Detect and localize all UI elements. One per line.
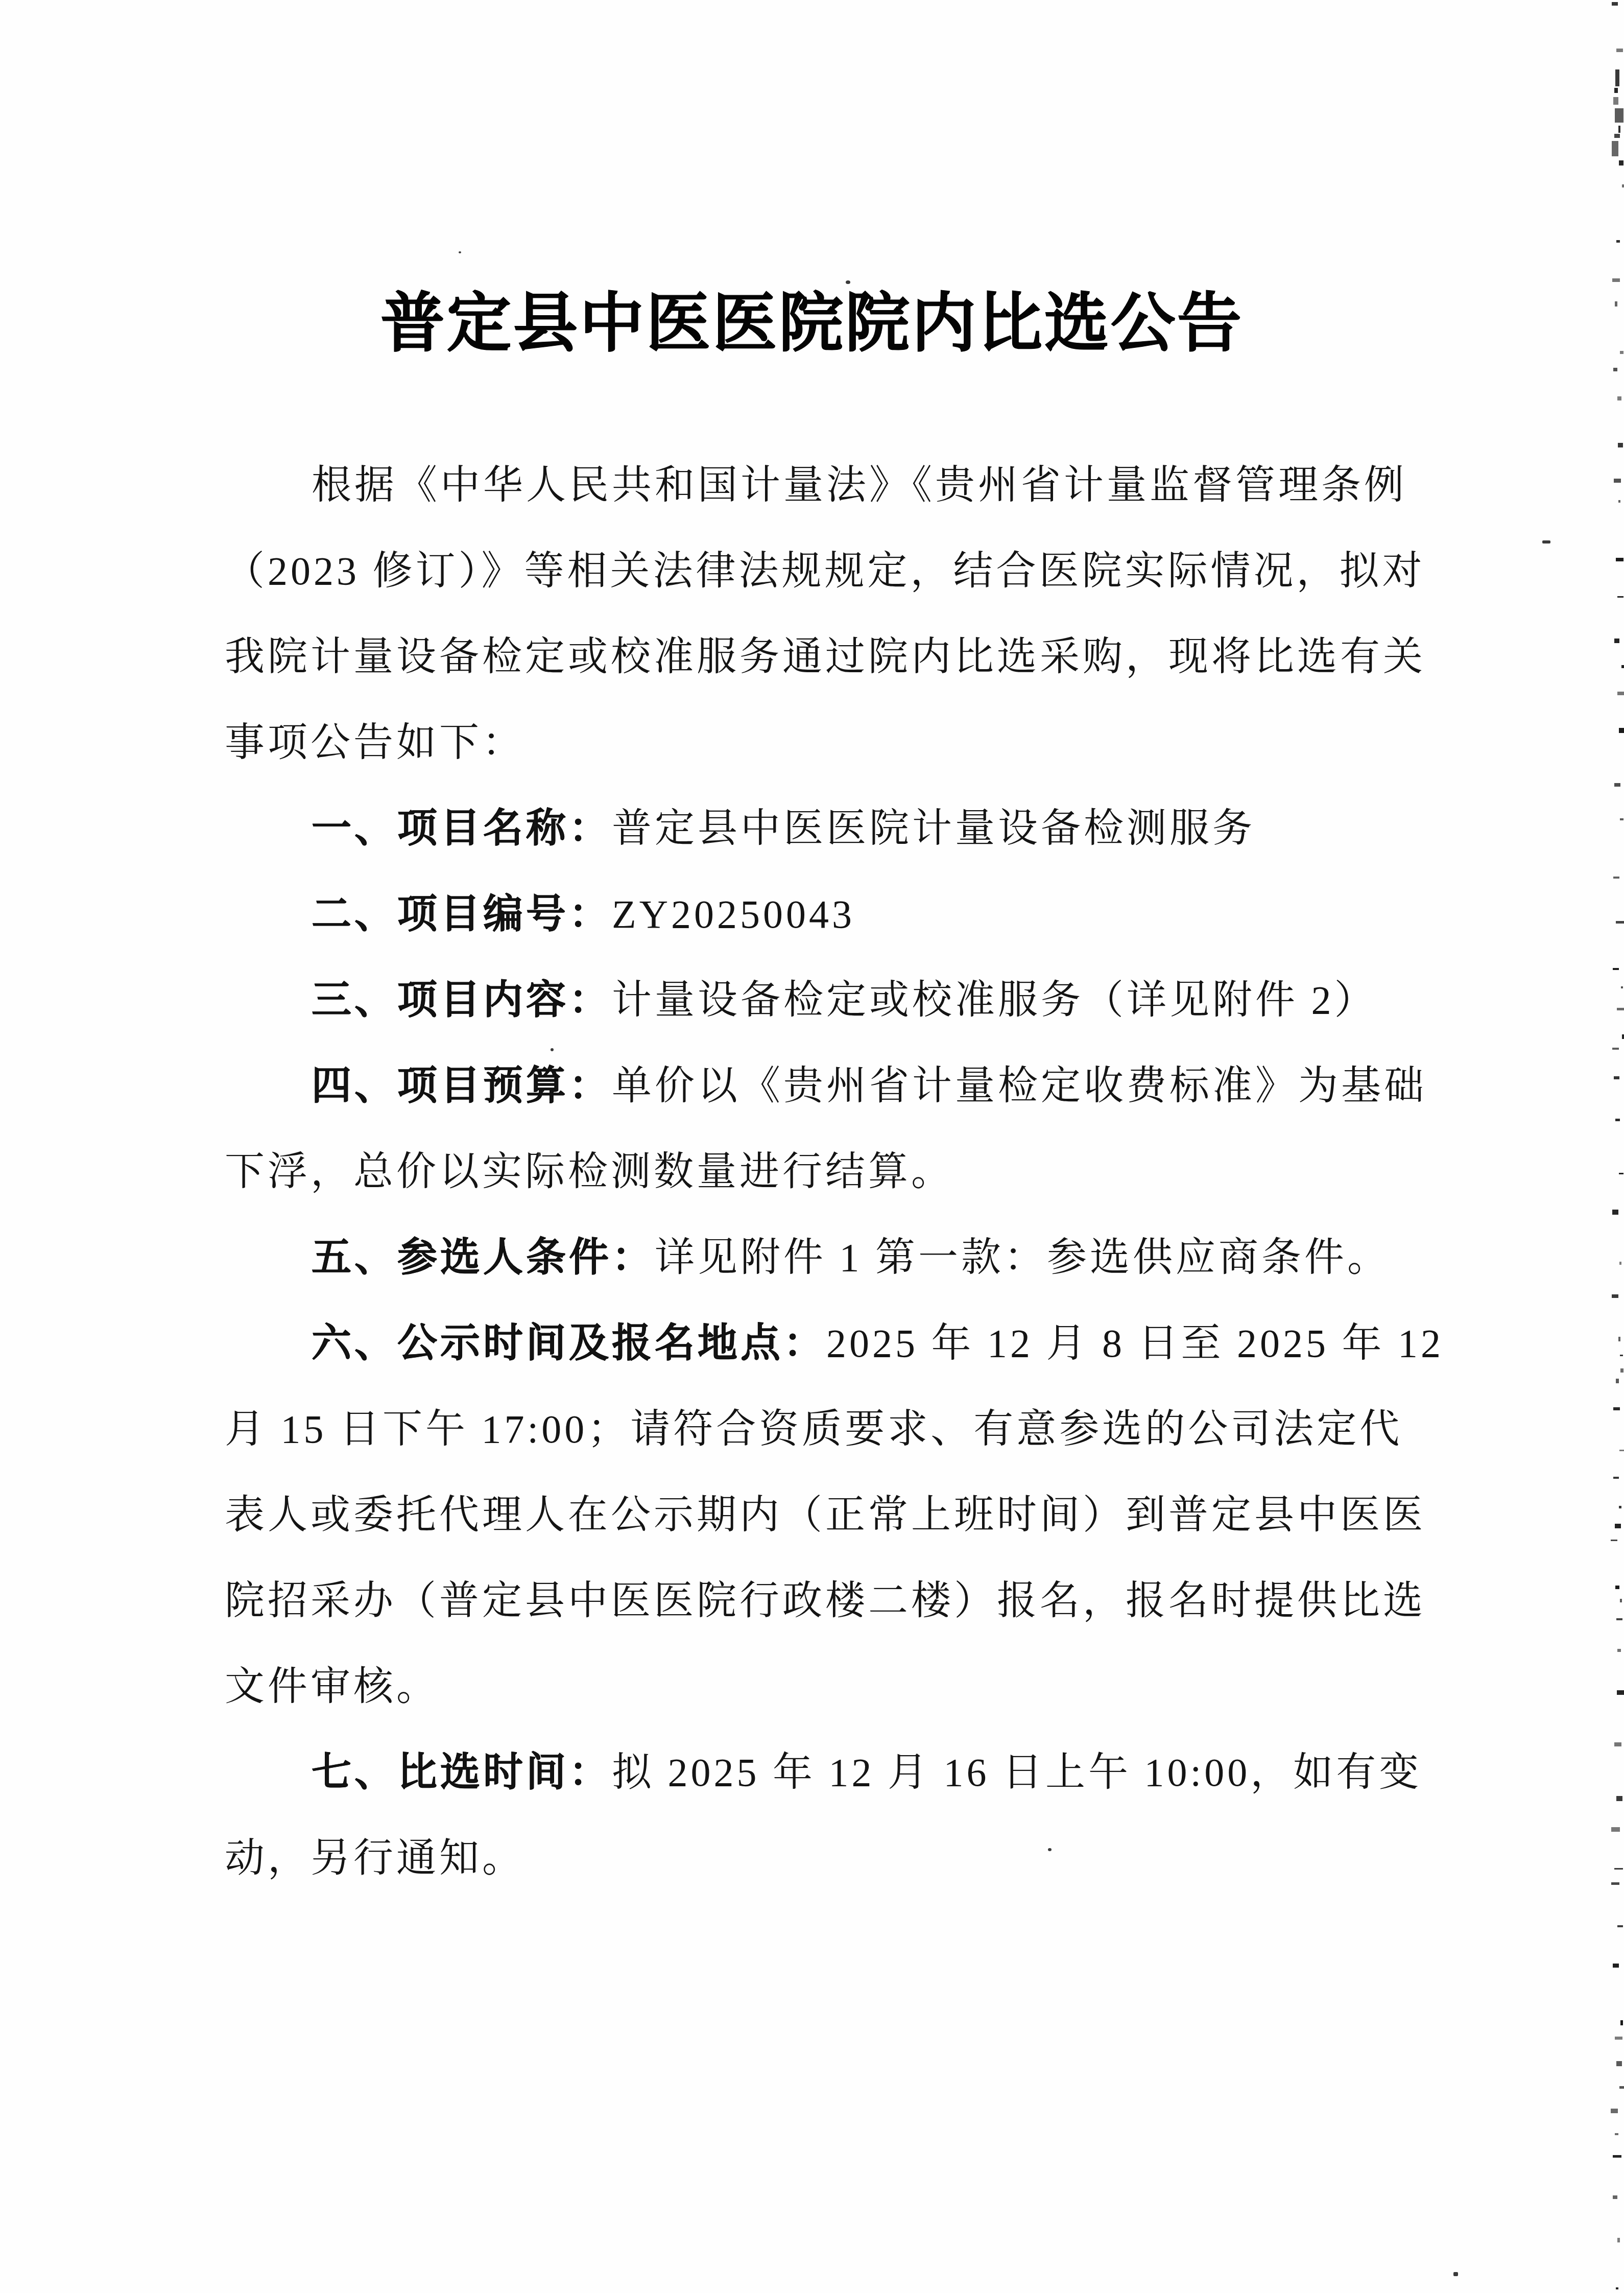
edge-mark — [1614, 479, 1621, 483]
edge-mark — [1613, 368, 1617, 371]
document-title: 普定县中医医院院内比选公告 — [0, 276, 1624, 373]
edge-mark — [1614, 1868, 1623, 1870]
edge-mark — [1617, 692, 1624, 695]
text-line: 表人或委托代理人在公示期内（正常上班时间）到普定县中医医 — [225, 1472, 1440, 1558]
scan-speck — [538, 1152, 541, 1156]
text-segment: 二、项目编号： — [312, 892, 612, 936]
text-line: 院招采办（普定县中医医院行政楼二楼）报名，报名时提供比选 — [225, 1558, 1440, 1644]
text-line: 月 15 日下午 17:00；请符合资质要求、有意参选的公司法定代 — [225, 1386, 1440, 1472]
text-line: 我院计量设备检定或校准服务通过院内比选采购，现将比选有关 — [225, 614, 1440, 700]
edge-mark — [1620, 1368, 1623, 1373]
edge-mark — [1611, 1540, 1617, 1541]
text-segment: 七、比选时间： — [312, 1750, 612, 1794]
text-segment: 表人或委托代理人在公示期内（正常上班时间）到普定县中医医 — [225, 1493, 1426, 1537]
edge-mark — [1614, 1076, 1619, 1079]
text-segment: 动，另行通知。 — [225, 1836, 525, 1880]
edge-mark — [1620, 818, 1623, 820]
scan-speck — [846, 280, 850, 284]
text-segment: 四、项目预算： — [312, 1063, 612, 1108]
edge-mark — [1616, 1379, 1619, 1383]
text-segment: 单价以《贵州省计量检定收费标准》为基础 — [612, 1063, 1427, 1108]
text-segment: 详见附件 1 第一款：参选供应商条件。 — [655, 1235, 1390, 1280]
edge-mark — [1616, 2287, 1618, 2289]
scanned-page: 普定县中医医院院内比选公告 根据《中华人民共和国计量法》《贵州省计量监督管理条例… — [0, 0, 1624, 2293]
edge-mark — [1616, 49, 1623, 52]
edge-mark — [1619, 2086, 1624, 2089]
edge-mark — [1613, 1964, 1619, 1968]
text-segment: ZY20250043 — [612, 892, 855, 936]
edge-mark — [1615, 301, 1617, 306]
edge-mark — [1613, 97, 1618, 105]
edge-mark — [1619, 1450, 1624, 1451]
edge-mark — [1620, 1599, 1622, 1602]
edge-mark — [1619, 1262, 1621, 1265]
edge-mark — [1615, 69, 1619, 86]
text-line: 六、公示时间及报名地点：2025 年 12 月 8 日至 2025 年 12 — [225, 1301, 1440, 1386]
edge-mark — [1616, 240, 1620, 243]
text-segment: 一、项目名称： — [312, 806, 612, 850]
text-segment: （2023 修订）》等相关法律法规规定，结合医院实际情况，拟对 — [225, 549, 1425, 593]
edge-mark — [1613, 968, 1619, 970]
text-segment: 月 15 日下午 17:00；请符合资质要求、有意参选的公司法定代 — [225, 1407, 1402, 1451]
edge-mark — [1614, 639, 1619, 643]
text-line: 七、比选时间：拟 2025 年 12 月 16 日上午 10:00，如有变 — [225, 1730, 1440, 1815]
edge-mark — [1617, 1649, 1621, 1652]
edge-mark — [1613, 1407, 1620, 1410]
edge-mark — [1614, 1742, 1621, 1746]
edge-mark — [1617, 596, 1623, 598]
edge-mark — [1617, 396, 1621, 400]
text-segment: 事项公告如下： — [225, 720, 525, 765]
scan-speck — [1048, 1848, 1052, 1851]
text-segment: 下浮，总价以实际检测数量进行结算。 — [225, 1149, 954, 1194]
edge-mark — [1620, 2020, 1623, 2025]
text-segment: 六、公示时间及报名地点： — [312, 1321, 826, 1365]
edge-mark — [1616, 558, 1623, 561]
edge-mark — [1615, 1119, 1620, 1121]
edge-mark — [1621, 665, 1624, 668]
text-segment: 五、参选人条件： — [312, 1235, 655, 1280]
edge-mark — [1611, 1827, 1620, 1832]
edge-mark — [1612, 1048, 1619, 1050]
text-segment: 三、项目内容： — [312, 978, 612, 1022]
text-segment: 文件审核。 — [225, 1664, 439, 1709]
edge-mark — [1616, 1618, 1622, 1620]
edge-mark — [1612, 2, 1618, 6]
edge-mark — [1619, 1506, 1621, 1508]
text-line: 动，另行通知。 — [225, 1815, 1440, 1901]
text-segment: 计量设备检定或校准服务（详见附件 2） — [612, 978, 1377, 1022]
edge-mark — [1619, 160, 1623, 166]
text-line: 四、项目预算：单价以《贵州省计量检定收费标准》为基础 — [225, 1043, 1440, 1129]
edge-mark — [1614, 88, 1618, 93]
scan-speck — [1542, 540, 1550, 543]
edge-mark — [1616, 1796, 1622, 1801]
scan-speck — [551, 1048, 554, 1051]
scan-speck — [1453, 2272, 1458, 2276]
text-line: 文件审核。 — [225, 1644, 1440, 1730]
text-segment: 我院计量设备检定或校准服务通过院内比选采购，现将比选有关 — [225, 634, 1426, 679]
edge-mark — [1611, 1882, 1619, 1885]
edge-mark — [1615, 2133, 1618, 2135]
text-line: 事项公告如下： — [225, 700, 1440, 786]
scan-speck — [459, 251, 461, 253]
text-line: 一、项目名称：普定县中医医院计量设备检测服务 — [225, 786, 1440, 871]
edge-mark — [1612, 141, 1618, 156]
edge-mark — [1617, 1690, 1624, 1695]
edge-mark — [1617, 1008, 1624, 1010]
edge-mark — [1612, 1210, 1618, 1215]
text-segment: 拟 2025 年 12 月 16 日上午 10:00，如有变 — [612, 1750, 1422, 1794]
edge-mark — [1613, 2195, 1617, 2199]
text-segment: 普定县中医医院计量设备检测服务 — [612, 806, 1255, 850]
edge-mark — [1615, 2037, 1622, 2040]
edge-mark — [1615, 1586, 1619, 1589]
edge-mark — [1619, 1173, 1623, 1174]
document-body: 根据《中华人民共和国计量法》《贵州省计量监督管理条例（2023 修订）》等相关法… — [225, 442, 1440, 1901]
edge-mark — [1613, 1477, 1619, 1479]
text-line: 五、参选人条件：详见附件 1 第一款：参选供应商条件。 — [225, 1215, 1440, 1301]
text-line: 二、项目编号：ZY20250043 — [225, 871, 1440, 957]
edge-mark — [1620, 351, 1623, 354]
edge-mark — [1614, 783, 1620, 787]
edge-mark — [1614, 134, 1620, 138]
edge-mark — [1616, 2061, 1622, 2066]
edge-mark — [1622, 184, 1624, 187]
text-segment: 院招采办（普定县中医医院行政楼二楼）报名，报名时提供比选 — [225, 1578, 1426, 1623]
edge-mark — [1619, 728, 1624, 733]
text-line: 三、项目内容：计量设备检定或校准服务（详见附件 2） — [225, 957, 1440, 1043]
text-segment: 2025 年 12 月 8 日至 2025 年 12 — [826, 1321, 1444, 1365]
edge-mark — [1615, 108, 1623, 123]
text-line: 下浮，总价以实际检测数量进行结算。 — [225, 1129, 1440, 1215]
edge-mark — [1612, 1294, 1618, 1298]
edge-mark — [1613, 2155, 1621, 2158]
edge-mark — [1618, 126, 1620, 133]
edge-mark — [1612, 278, 1620, 282]
edge-mark — [1618, 500, 1620, 503]
text-line: （2023 修订）》等相关法律法规规定，结合医院实际情况，拟对 — [225, 528, 1440, 614]
edge-mark — [1620, 1355, 1623, 1356]
text-segment: 根据《中华人民共和国计量法》《贵州省计量监督管理条例 — [312, 463, 1407, 507]
edge-mark — [1617, 1925, 1623, 1927]
edge-mark — [1617, 2238, 1620, 2242]
text-line: 根据《中华人民共和国计量法》《贵州省计量监督管理条例 — [225, 442, 1440, 528]
edge-mark — [1611, 2109, 1618, 2113]
edge-mark — [1621, 986, 1623, 988]
edge-mark — [1622, 1034, 1624, 1039]
edge-mark — [1616, 921, 1624, 924]
edge-mark — [1618, 443, 1623, 447]
edge-mark — [1618, 1337, 1620, 1341]
edge-mark — [1615, 1524, 1621, 1528]
scan-edge-artifacts — [1607, 0, 1624, 2293]
edge-mark — [1613, 877, 1619, 879]
